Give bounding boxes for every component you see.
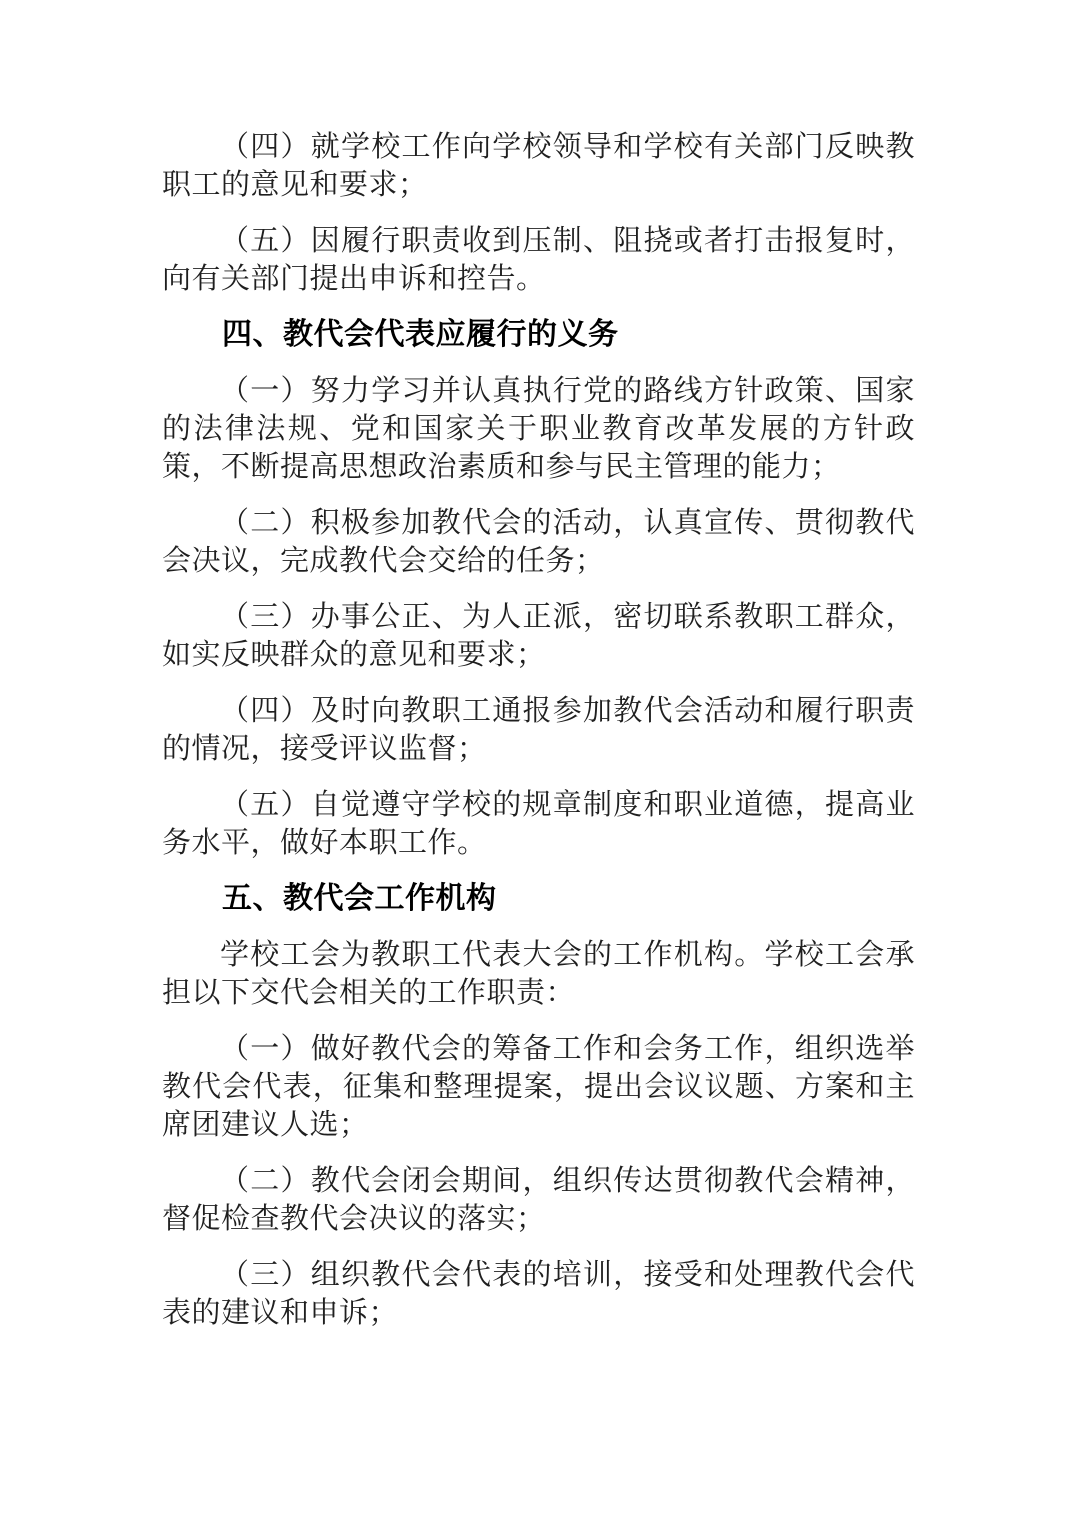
body-paragraph: 学校工会为教职工代表大会的工作机构。学校工会承担以下交代会相关的工作职责： bbox=[162, 936, 915, 1012]
body-paragraph: （五）因履行职责收到压制、阻挠或者打击报复时，向有关部门提出申诉和控告。 bbox=[162, 222, 915, 298]
document-body: （四）就学校工作向学校领导和学校有关部门反映教职工的意见和要求；（五）因履行职责… bbox=[162, 128, 915, 1332]
body-paragraph: （一）做好教代会的筹备工作和会务工作，组织选举教代会代表，征集和整理提案，提出会… bbox=[162, 1030, 915, 1144]
body-paragraph: （二）教代会闭会期间，组织传达贯彻教代会精神，督促检查教代会决议的落实； bbox=[162, 1162, 915, 1238]
section-heading: 四、教代会代表应履行的义务 bbox=[162, 316, 915, 354]
body-paragraph: （二）积极参加教代会的活动，认真宣传、贯彻教代会决议，完成教代会交给的任务； bbox=[162, 504, 915, 580]
body-paragraph: （一）努力学习并认真执行党的路线方针政策、国家的法律法规、党和国家关于职业教育改… bbox=[162, 372, 915, 486]
document-page: （四）就学校工作向学校领导和学校有关部门反映教职工的意见和要求；（五）因履行职责… bbox=[0, 0, 1074, 1520]
body-paragraph: （三）办事公正、为人正派，密切联系教职工群众，如实反映群众的意见和要求； bbox=[162, 598, 915, 674]
body-paragraph: （五）自觉遵守学校的规章制度和职业道德，提高业务水平，做好本职工作。 bbox=[162, 786, 915, 862]
section-heading: 五、教代会工作机构 bbox=[162, 880, 915, 918]
body-paragraph: （四）及时向教职工通报参加教代会活动和履行职责的情况，接受评议监督； bbox=[162, 692, 915, 768]
body-paragraph: （四）就学校工作向学校领导和学校有关部门反映教职工的意见和要求； bbox=[162, 128, 915, 204]
body-paragraph: （三）组织教代会代表的培训，接受和处理教代会代表的建议和申诉； bbox=[162, 1256, 915, 1332]
